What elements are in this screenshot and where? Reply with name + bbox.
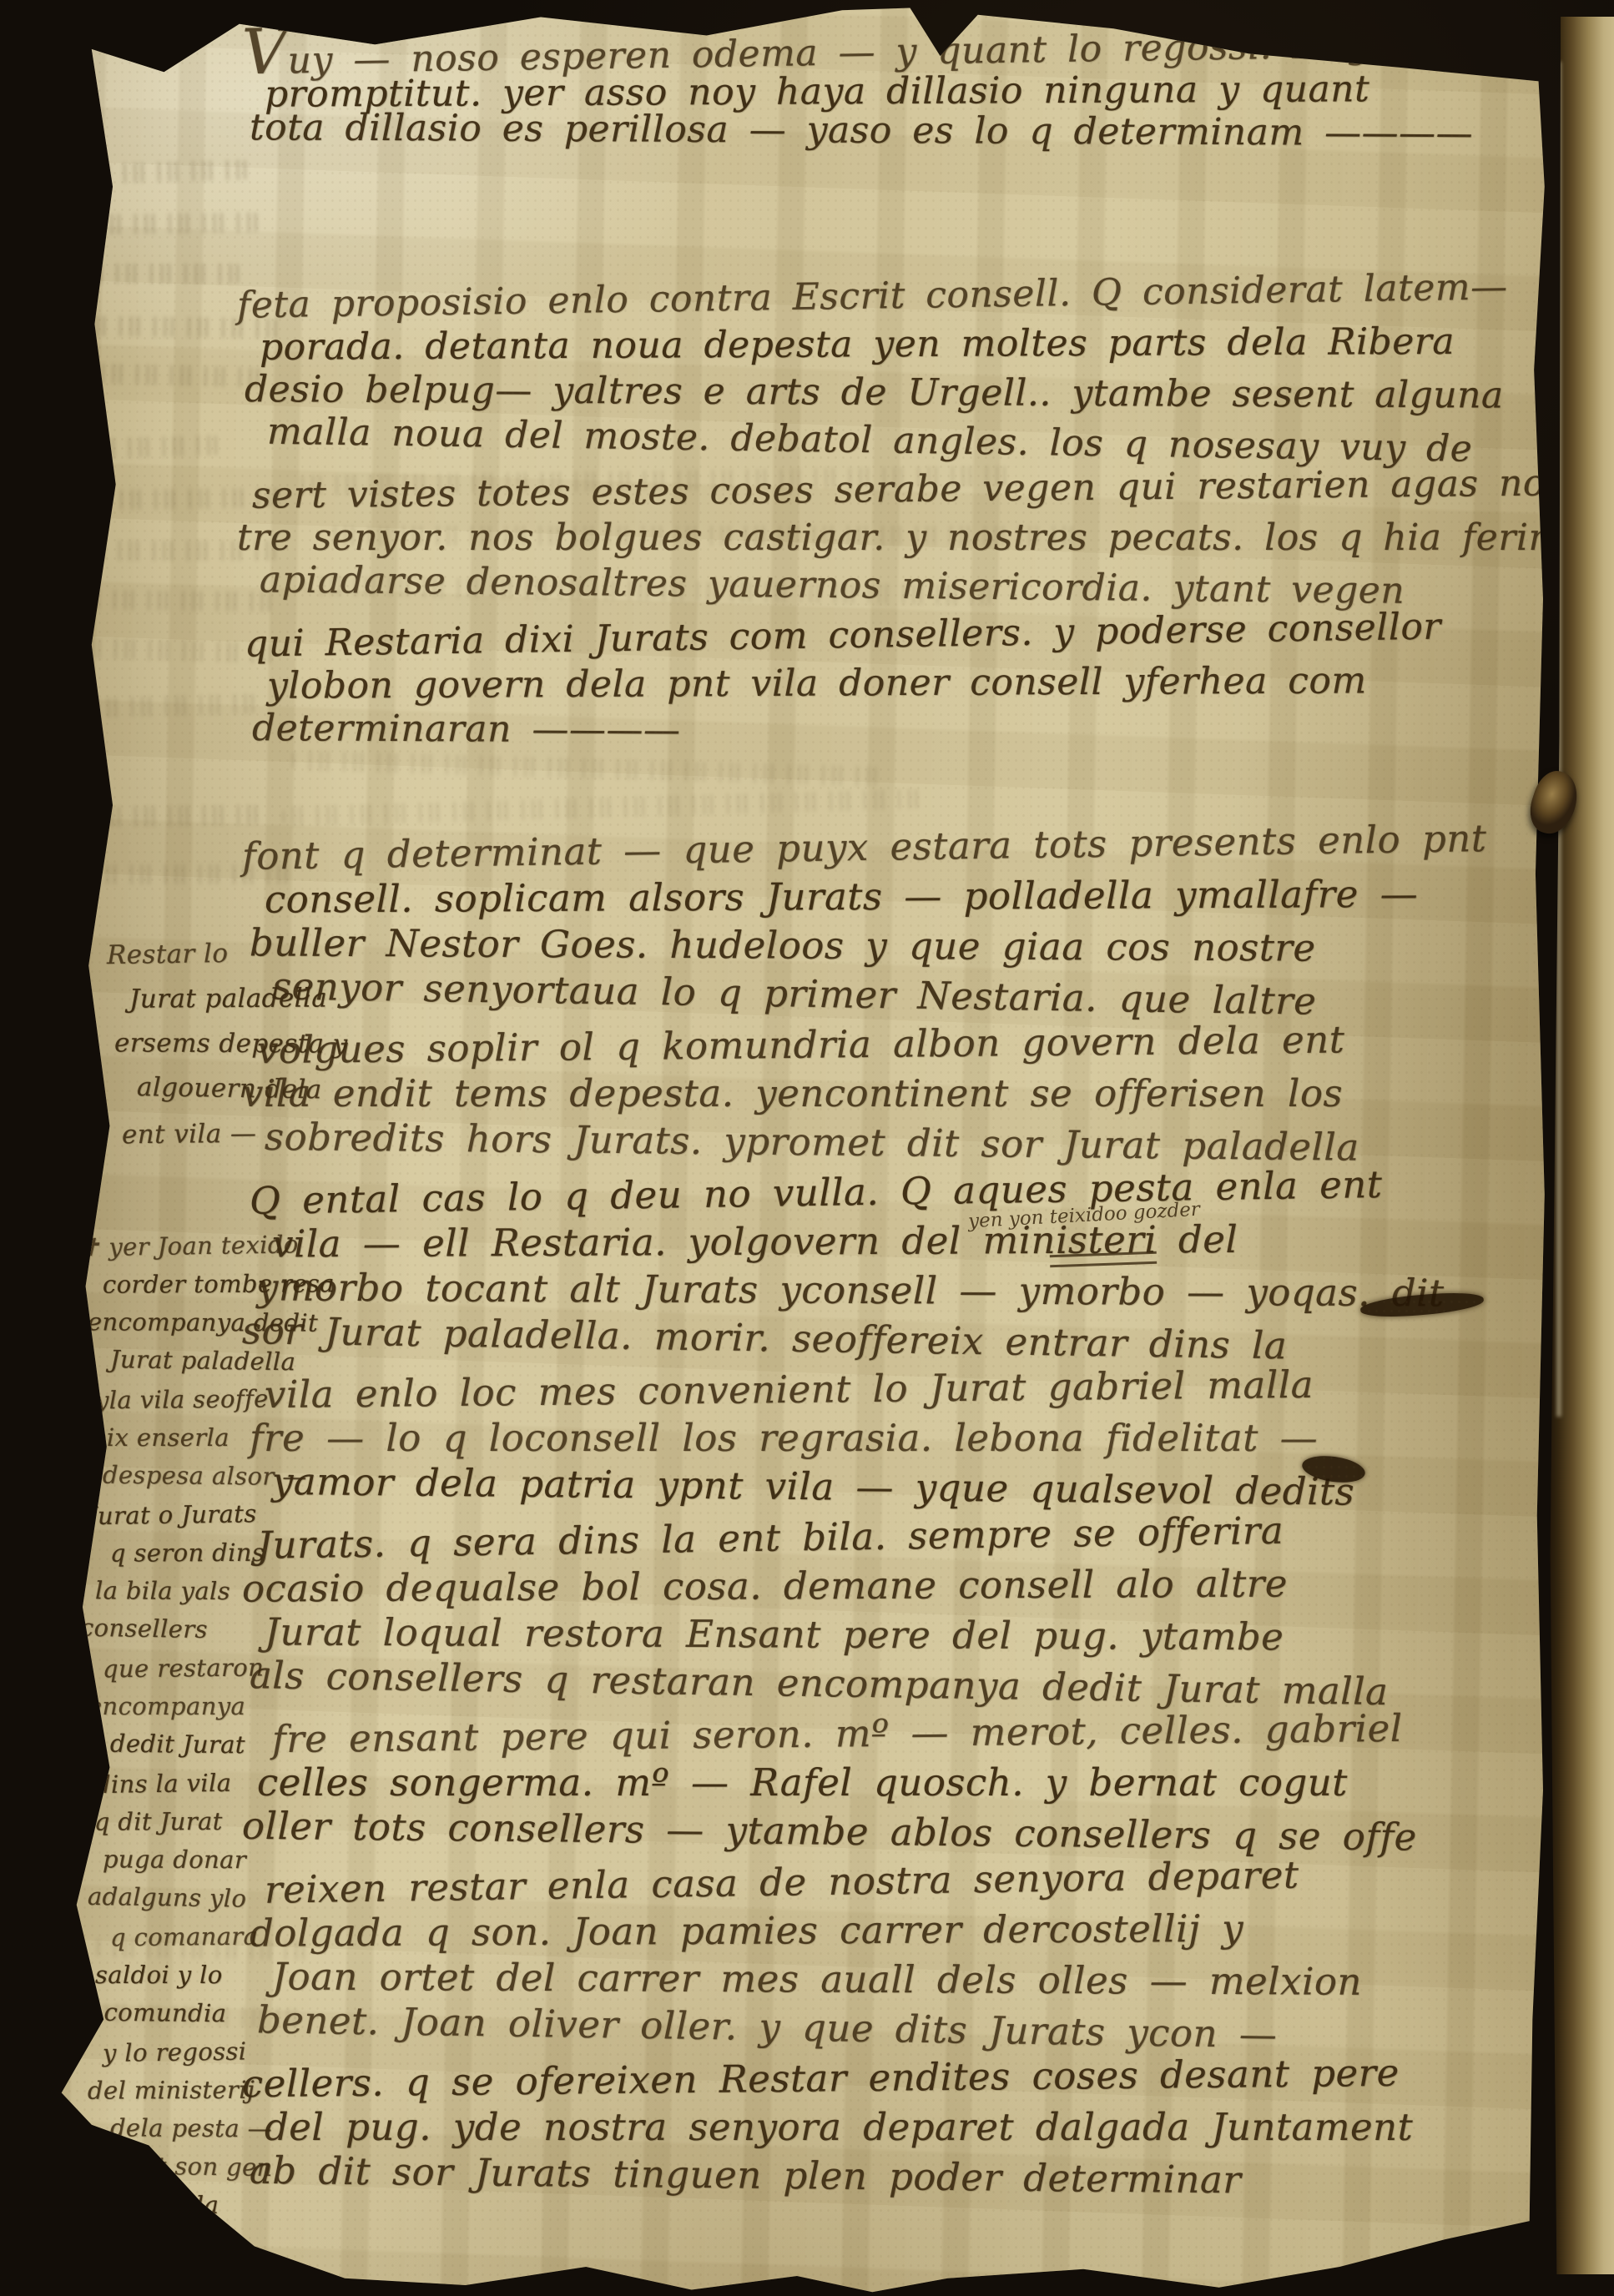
manuscript-line: yla vila seoffe: [95, 1379, 335, 1420]
manuscript-page: 214 Vuy — noso esperen odema — y quant l…: [43, 3, 1551, 2294]
manuscript-line: yq dit Jurat: [80, 1801, 335, 1840]
manuscript-line: y lo regossi: [103, 2031, 335, 2072]
manuscript-line: ocasio dequalse bol cosa. demane consell…: [242, 1558, 1487, 1613]
manuscript-line: ab dit sor Jurats tinguen plen poder det…: [250, 2146, 1487, 2207]
bleedthrough-mark: [63, 315, 282, 339]
bleedthrough-mark: [80, 589, 276, 612]
bleedthrough-mark: [82, 264, 245, 284]
manuscript-line: lleuat son gen: [95, 2146, 335, 2188]
manuscript-line: adalguns ylo: [88, 1877, 335, 1919]
manuscript-line: Restar lo: [107, 929, 348, 978]
manuscript-line: dedit Jurat: [110, 1725, 335, 1765]
manuscript-line: ent vila —: [122, 1110, 348, 1158]
bleedthrough-mark: [77, 159, 253, 184]
manuscript-line: dela pesta —: [110, 2108, 335, 2147]
bleedthrough-mark: [67, 212, 263, 234]
margin-note-restar: Restar loJurat paladellaersems depesta y…: [107, 931, 348, 1156]
determinacio-paragraph: font q determinat — que puyx estara tots…: [242, 823, 1486, 2201]
manuscript-line: ✝ yer Joan texido: [80, 1225, 335, 1266]
manuscript-line: que restaron: [103, 1648, 335, 1689]
manuscript-line: vila endit tems depesta. yencontinent se…: [242, 1069, 1486, 1118]
manuscript-line: vila enlo loc mes convenient lo Jurat ga…: [265, 1358, 1487, 1419]
bleedthrough-mark: [78, 487, 283, 510]
manuscript-line: celles songerma. mº — Rafel quosch. y be…: [257, 1758, 1486, 1807]
opening-paragraph: Vuy — noso esperen odema — y quant lo re…: [242, 22, 1524, 150]
bleedthrough-mark: [88, 693, 260, 718]
bleedthrough-mark: [60, 541, 281, 561]
bleedthrough-mark: [93, 1937, 310, 1961]
bleedthrough-mark: [319, 526, 1078, 546]
manuscript-line: Jurat paladella: [129, 975, 348, 1021]
manuscript-line: consellers: [80, 1609, 335, 1650]
bleedthrough-mark: [281, 788, 924, 826]
manuscript-line: dolgada q son. Joan pamies carrer dercos…: [250, 1902, 1487, 1957]
manuscript-line: fre — lo q loconsell los regrasia. lebon…: [250, 1413, 1486, 1463]
manuscript-line: tota dillasio es perillosa — yaso es lo …: [250, 108, 1524, 153]
manuscript-line: porada. detanta noua depesta yen moltes …: [260, 317, 1568, 372]
photo-backdrop: 214 Vuy — noso esperen odema — y quant l…: [0, 0, 1614, 2296]
manuscript-line: la bila yals: [95, 1571, 335, 1610]
manuscript-line: q seron dins: [110, 1533, 335, 1572]
manuscript-line: algouern dela: [137, 1065, 348, 1113]
manuscript-line: ylobon govern dela pnt vila doner consel…: [267, 656, 1568, 711]
manuscript-line: Jurat paladella: [110, 1340, 335, 1382]
manuscript-line: ersems depesta y: [114, 1020, 348, 1066]
folio-number-pencil: 214: [121, 29, 180, 68]
next-page-edge: [1549, 17, 1614, 2274]
manuscript-line: dins la vila: [95, 1762, 335, 1804]
manuscript-line: Jurat o Jurats: [88, 1493, 335, 1535]
manuscript-line: consell. soplicam alsors Jurats — pollad…: [265, 869, 1487, 924]
bleedthrough-mark: [68, 435, 224, 459]
bleedthrough-mark: [80, 864, 293, 884]
manuscript-line: fre ensant pere qui seron. mº — merot, c…: [272, 1703, 1487, 1764]
manuscript-line: encompanya dedit: [88, 1302, 335, 1342]
manuscript-line: despesa alsor —: [103, 1456, 335, 1497]
margin-note-texido: ✝ yer Joan texidocorder tombe resaencomp…: [80, 1226, 335, 2224]
manuscript-line: determinaran ————: [252, 704, 1568, 759]
manuscript-line: puga donar: [103, 1840, 335, 1879]
manuscript-line: dre realilla: [80, 2185, 335, 2226]
bleedthrough-mark: [85, 363, 265, 388]
manuscript-line: reix enserla: [80, 1418, 335, 1457]
bleedthrough-mark: [67, 804, 263, 827]
manuscript-line: del ministerij: [88, 2070, 335, 2109]
proposicio-paragraph: feta proposisio enlo contra Escrit conse…: [237, 272, 1567, 756]
manuscript-line: cellers. q se ofereixen Restar endites c…: [242, 2047, 1487, 2109]
manuscript-line: vila — ell Restaria. yolgovern del minis…: [272, 1213, 1487, 1268]
manuscript-line: saldoi y lo: [95, 1956, 335, 1994]
manuscript-line: encompanya: [88, 1687, 335, 1725]
manuscript-line: volgues soplir ol q komundria albon gove…: [257, 1014, 1487, 1075]
manuscript-line: corder tombe resa: [103, 1264, 335, 1303]
manuscript-line: del pug. yde nostra senyora deparet dalg…: [265, 2102, 1486, 2152]
